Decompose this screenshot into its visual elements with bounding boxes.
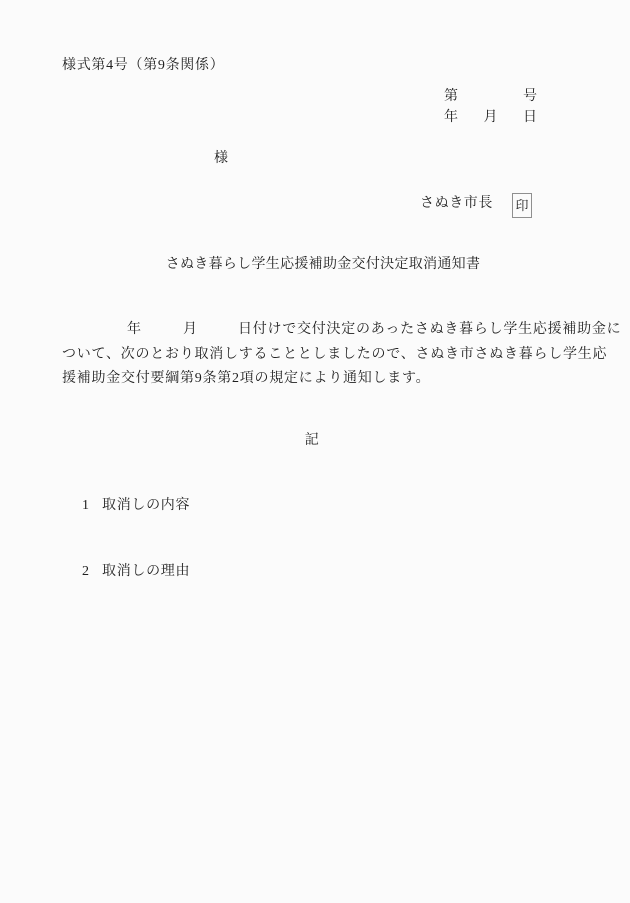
month-label: 月 [484,110,498,125]
seal-mark: 印 [515,198,528,213]
document-page: 様式第4号（第9条関係） 第 号 年 月 日 様 さぬき市長 印 さぬき暮らし学… [0,0,630,903]
body-line-3: 援補助金交付要綱第9条第2項の規定により通知します。 [62,371,430,386]
doc-number-prefix: 第 [444,89,458,104]
document-number-line: 第 号 [444,89,537,104]
item-number: 1 [82,498,90,513]
doc-number-suffix: 号 [523,89,537,104]
date-line: 年 月 日 [444,110,537,125]
body-year-label: 年 [127,322,142,337]
body-line-2: ついて、次のとおり取消しすることとしましたので、さぬき市さぬき暮らし学生応 [62,347,607,362]
day-label: 日 [523,110,537,125]
item-number: 2 [82,564,90,579]
mayor-title: さぬき市長 [420,196,493,211]
seal-box: 印 [512,193,532,218]
item-label: 取消しの内容 [102,498,190,513]
mayor-signature-line: さぬき市長 印 [420,196,532,218]
body-month-label: 月 [183,322,198,337]
form-number: 様式第4号（第9条関係） [62,58,224,73]
record-marker: 記 [0,433,630,448]
document-title: さぬき暮らし学生応援補助金交付決定取消通知書 [0,257,630,272]
addressee-honorific: 様 [214,151,229,166]
body-line-1-text: 日付けで交付決定のあったさぬき暮らし学生応援補助金に [238,322,621,337]
year-label: 年 [444,110,458,125]
item-label: 取消しの理由 [102,564,190,579]
